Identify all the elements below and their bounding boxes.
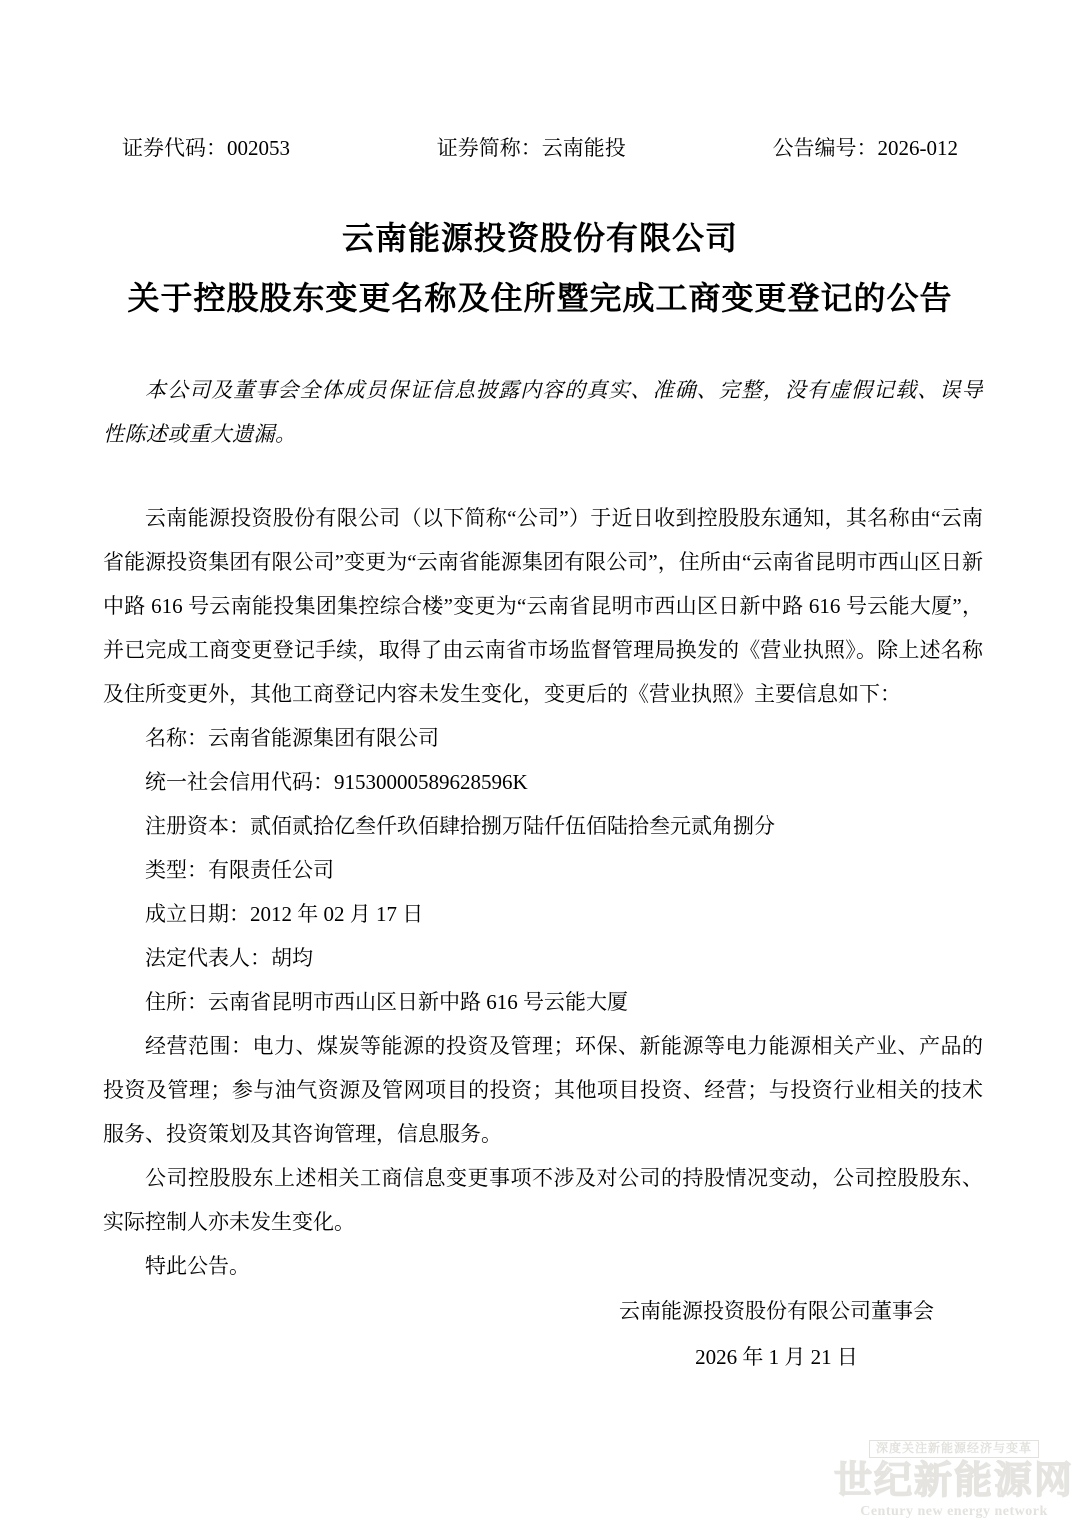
license-item-establish-date: 成立日期：2012 年 02 月 17 日 (103, 892, 983, 936)
stock-abbr: 证券简称：云南能投 (437, 133, 626, 163)
company-name-title: 云南能源投资股份有限公司 (0, 208, 1080, 268)
signature-block: 云南能源投资股份有限公司董事会 2026 年 1 月 21 日 (619, 1288, 934, 1380)
announcement-subject-title: 关于控股股东变更名称及住所暨完成工商变更登记的公告 (0, 268, 1080, 328)
stock-code: 证券代码：002053 (122, 133, 290, 163)
announcement-title: 云南能源投资股份有限公司 关于控股股东变更名称及住所暨完成工商变更登记的公告 (0, 208, 1080, 328)
paragraph-change-notice: 云南能源投资股份有限公司（以下简称“公司”）于近日收到控股股东通知，其名称由“云… (103, 496, 983, 716)
paragraph-no-shareholding-change: 公司控股股东上述相关工商信息变更事项不涉及对公司的持股情况变动，公司控股股东、实… (103, 1156, 983, 1244)
license-item-credit-code: 统一社会信用代码：91530000589628596K (103, 760, 983, 804)
signature-board: 云南能源投资股份有限公司董事会 (619, 1288, 934, 1334)
announcement-number: 公告编号：2026-012 (773, 133, 959, 163)
closing-statement: 特此公告。 (103, 1244, 983, 1288)
license-item-type: 类型：有限责任公司 (103, 848, 983, 892)
license-item-legal-representative: 法定代表人：胡均 (103, 936, 983, 980)
document-body: 本公司及董事会全体成员保证信息披露内容的真实、准确、完整，没有虚假记载、误导性陈… (103, 368, 983, 1380)
watermark-site-name: 世纪新能源网 (834, 1460, 1074, 1504)
license-item-registered-capital: 注册资本：贰佰贰拾亿叁仟玖佰肆拾捌万陆仟伍佰陆拾叁元贰角捌分 (103, 804, 983, 848)
watermark-logo: 深度关注新能源经济与变革 世纪新能源网 Century new energy n… (834, 1439, 1074, 1520)
license-item-business-scope: 经营范围：电力、煤炭等能源的投资及管理；环保、新能源等电力能源相关产业、产品的投… (103, 1024, 983, 1156)
signature-date: 2026 年 1 月 21 日 (619, 1334, 934, 1380)
license-item-name: 名称：云南省能源集团有限公司 (103, 716, 983, 760)
watermark-tagline: 深度关注新能源经济与变革 (869, 1440, 1039, 1458)
watermark-subtitle: Century new energy network (834, 1504, 1074, 1520)
board-disclaimer: 本公司及董事会全体成员保证信息披露内容的真实、准确、完整，没有虚假记载、误导性陈… (103, 368, 983, 456)
announcement-page: 证券代码：002053 证券简称：云南能投 公告编号：2026-012 云南能源… (0, 0, 1080, 1528)
license-item-address: 住所：云南省昆明市西山区日新中路 616 号云能大厦 (103, 980, 983, 1024)
securities-header: 证券代码：002053 证券简称：云南能投 公告编号：2026-012 (122, 133, 958, 163)
